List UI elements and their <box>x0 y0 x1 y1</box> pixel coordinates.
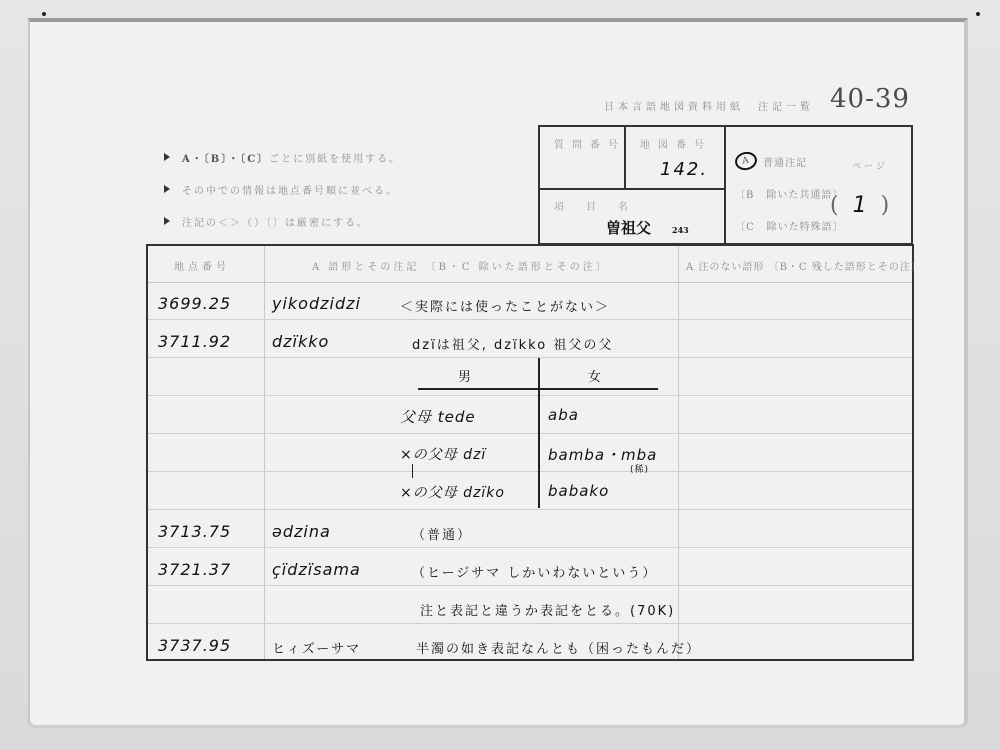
table-header: 地点番号 A 語形とその注記 〔B・C 除いた語形とその注〕 A 注のない語形 … <box>148 246 912 283</box>
item-name-value: 曽祖父 <box>606 217 651 238</box>
female-term: aba <box>548 406 579 424</box>
instruction-text: ごとに別紙を使用する。 <box>269 150 401 165</box>
header-forms-without-notes: A 注のない語形 〔B・C 残した語形とその注〕 <box>686 258 922 273</box>
point-number: 3713.75 <box>158 522 231 541</box>
instruction-text: その中での情報は地点番号順に並べる。 <box>182 182 398 197</box>
instructions: A・〔B〕・〔C〕 ごとに別紙を使用する。 その中での情報は地点番号順に並べる。… <box>164 141 401 237</box>
category-a[interactable]: A 普通注記 <box>735 145 844 177</box>
word-form: ヒィズーサマ <box>272 638 361 657</box>
triangle-bullet-icon <box>164 153 170 161</box>
point-number: 3721.37 <box>158 560 231 579</box>
instruction-text: 注記の＜＞（）〔〕は厳密にする。 <box>182 214 369 229</box>
notes-table: 地点番号 A 語形とその注記 〔B・C 除いた語形とその注〕 A 注のない語形 … <box>146 244 914 661</box>
male-term: ×の父母 dzï <box>400 444 486 464</box>
sheet-title: 日本言語地図資料用紙 注記一覧 <box>604 98 814 113</box>
note: ＜実際には使ったことがない＞ <box>400 296 610 315</box>
male-term: ×の父母 dzïko <box>400 482 505 502</box>
category-label: 除いた特殊語〕 <box>767 218 844 233</box>
female-term-note: (稀) <box>630 462 649 475</box>
punch-dot <box>42 12 46 16</box>
header-box: 質問番号 地図番号 142. 項目名 曽祖父 243 A 普通注記 〔B 除いた… <box>538 125 913 245</box>
gender-header-female: 女 <box>588 366 603 385</box>
instruction-item: 注記の＜＞（）〔〕は厳密にする。 <box>164 205 401 237</box>
row-line <box>148 623 912 624</box>
column-divider <box>264 246 265 659</box>
triangle-bullet-icon <box>164 217 170 225</box>
item-code: 243 <box>672 225 689 235</box>
gender-header-male: 男 <box>458 366 473 385</box>
word-form: ədzina <box>272 522 331 541</box>
category-mark: 〔C <box>735 218 755 233</box>
word-form: yikodzidzi <box>272 294 361 313</box>
row-line <box>148 319 912 320</box>
category-list: A 普通注記 〔B 除いた共通語〕 〔C 除いた特殊語〕 <box>735 145 844 241</box>
male-term: 父母 tede <box>400 406 476 427</box>
page-label: ページ <box>852 159 888 172</box>
divider <box>724 127 726 243</box>
triangle-bullet-icon <box>164 185 170 193</box>
note: 注と表記と違うか表記をとる。(70K) <box>420 600 675 619</box>
column-divider <box>678 246 679 659</box>
question-number-label: 質問番号 <box>554 133 626 152</box>
divider <box>540 188 726 190</box>
page-number: (1) <box>830 193 903 218</box>
point-number: 3711.92 <box>158 332 231 351</box>
row-line <box>148 471 912 472</box>
header-forms-with-notes: A 語形とその注記 〔B・C 除いた語形とその注〕 <box>312 258 609 273</box>
map-number-value: 142. <box>660 159 708 180</box>
female-term: babako <box>548 482 609 500</box>
word-form: dzïkko <box>272 332 329 351</box>
note: dzïは祖父, dzïkko 祖父の父 <box>412 334 613 353</box>
instruction-item: その中での情報は地点番号順に並べる。 <box>164 173 401 205</box>
gender-table-divider <box>538 358 540 508</box>
note: （普通） <box>412 524 472 543</box>
note: （ヒージサマ しかいわないという） <box>412 562 657 581</box>
word-form: çïdzïsama <box>272 560 361 579</box>
category-c[interactable]: 〔C 除いた特殊語〕 <box>735 209 844 241</box>
row-line <box>148 395 912 396</box>
continuation-mark <box>412 464 413 478</box>
item-name-label: 項目名 <box>554 195 650 214</box>
point-number: 3737.95 <box>158 636 231 655</box>
instruction-bold: A・〔B〕・〔C〕 <box>182 150 269 165</box>
row-line <box>148 509 912 510</box>
header-point-number: 地点番号 <box>174 258 230 273</box>
row-line <box>148 585 912 586</box>
row-line <box>148 433 912 434</box>
note: 半濁の如き表記なんとも（困ったもんだ） <box>416 638 701 657</box>
map-number-label: 地図番号 <box>640 133 712 152</box>
category-b[interactable]: 〔B 除いた共通語〕 <box>735 177 844 209</box>
sheet-number: 40-39 <box>830 84 910 114</box>
page-value: 1 <box>853 193 881 218</box>
point-number: 3699.25 <box>158 294 231 313</box>
category-mark: 〔B <box>735 186 754 201</box>
circled-selection-icon: A <box>733 150 758 172</box>
punch-dot <box>976 12 980 16</box>
category-label: 普通注記 <box>763 154 807 169</box>
instruction-item: A・〔B〕・〔C〕 ごとに別紙を使用する。 <box>164 141 401 173</box>
row-line <box>148 357 912 358</box>
row-line <box>148 547 912 548</box>
